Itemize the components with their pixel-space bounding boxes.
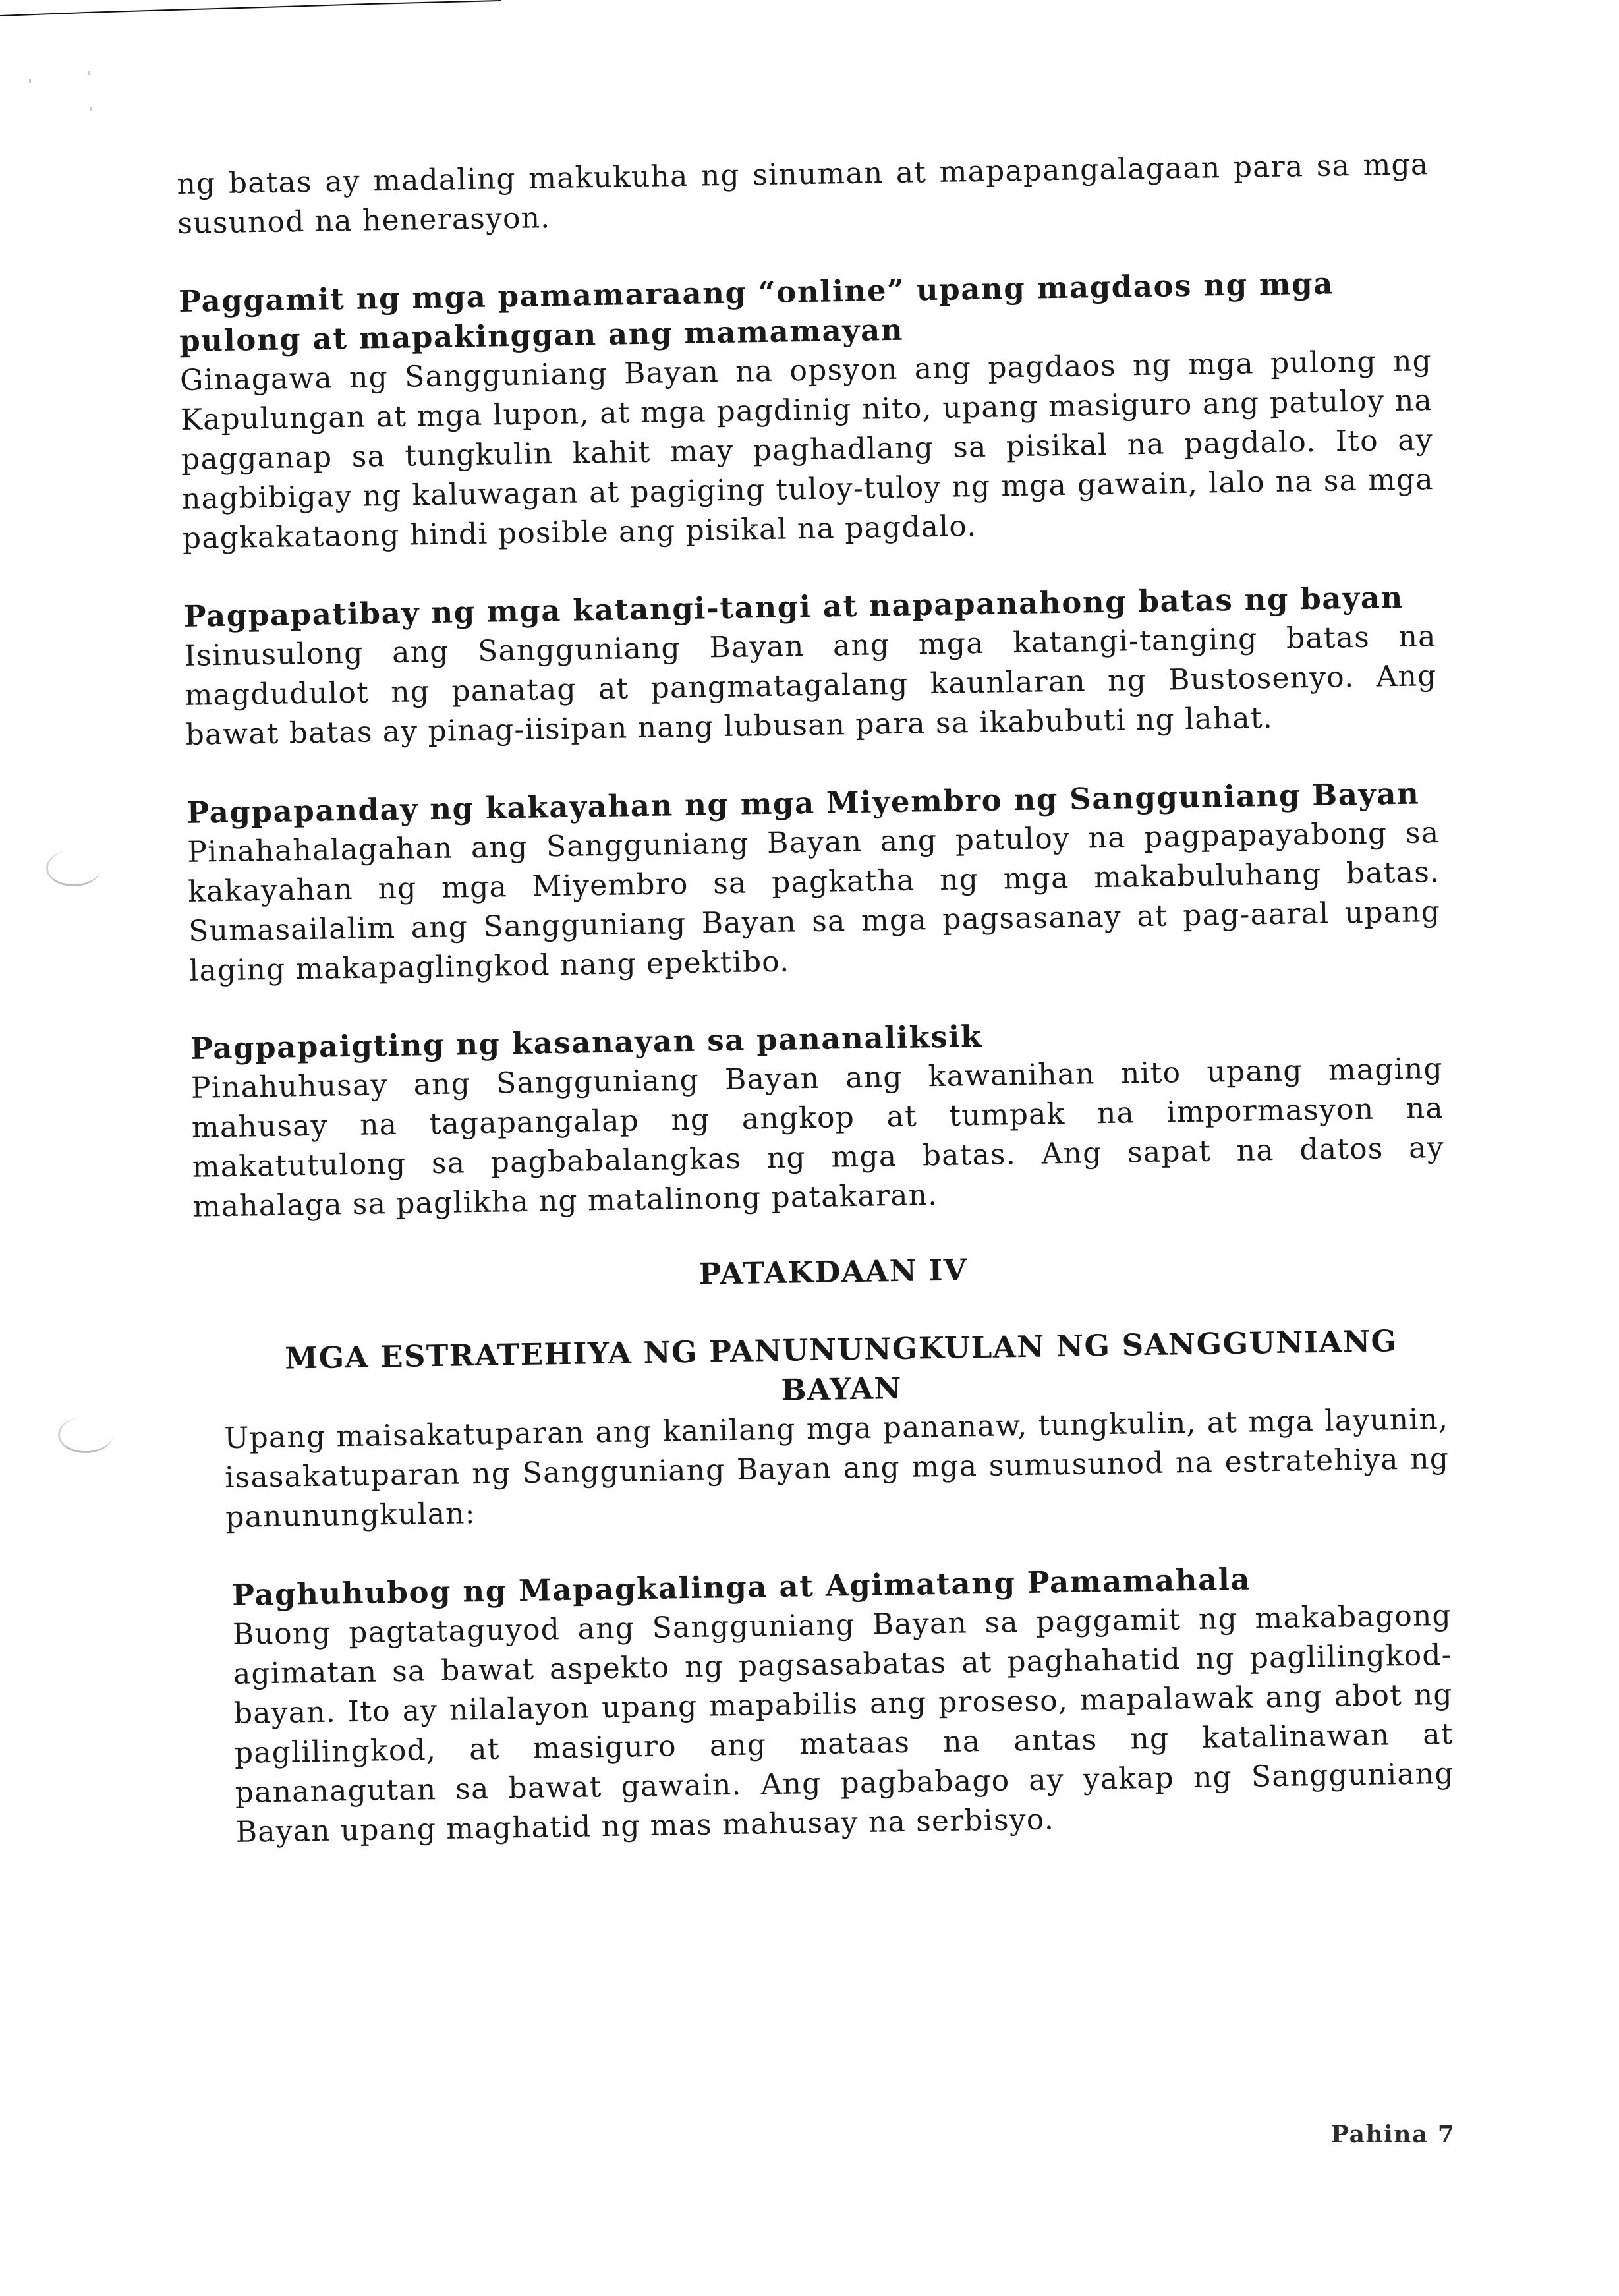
punch-hole-mark [58, 1417, 113, 1453]
scan-speck [90, 107, 92, 111]
section-body: Buong pagtataguyod ang Sangguniang Bayan… [233, 1596, 1455, 1852]
section-member-capacity: Pagpapanday ng kakayahan ng mga Miyembro… [186, 774, 1441, 991]
punch-hole-mark [46, 850, 101, 886]
scan-edge-line [0, 0, 501, 20]
chapter-intro: Upang maisakatuparan ang kanilang mga pa… [196, 1400, 1450, 1538]
section-body: Isinusulong ang Sangguniang Bayan ang mg… [184, 617, 1438, 755]
page-number: Pahina 7 [1331, 2121, 1455, 2148]
chapter-number: PATAKDAAN IV [194, 1243, 1446, 1302]
section-ordinances: Pagpapatibay ng mga katangi-tangi at nap… [183, 577, 1438, 755]
document-page: ng batas ay madaling makukuha ng sinuman… [177, 145, 1455, 1853]
section-body: Pinahahalagahan ang Sangguniang Bayan an… [187, 813, 1442, 991]
section-body: Pinahuhusay ang Sangguniang Bayan ang ka… [191, 1049, 1446, 1227]
opening-paragraph: ng batas ay madaling makukuha ng sinuman… [177, 145, 1430, 244]
scan-speck [88, 71, 90, 75]
scan-speck [29, 79, 31, 83]
section-research: Pagpapaigting ng kasanayan sa pananaliks… [190, 1010, 1445, 1227]
section-body: Ginagawa ng Sangguniang Bayan na opsyon … [180, 341, 1434, 559]
section-online-meetings: Paggamit ng mga pamamaraang “online” upa… [179, 262, 1434, 559]
section-governance: Paghuhubog ng Mapagkalinga at Agimatang … [199, 1557, 1455, 1853]
